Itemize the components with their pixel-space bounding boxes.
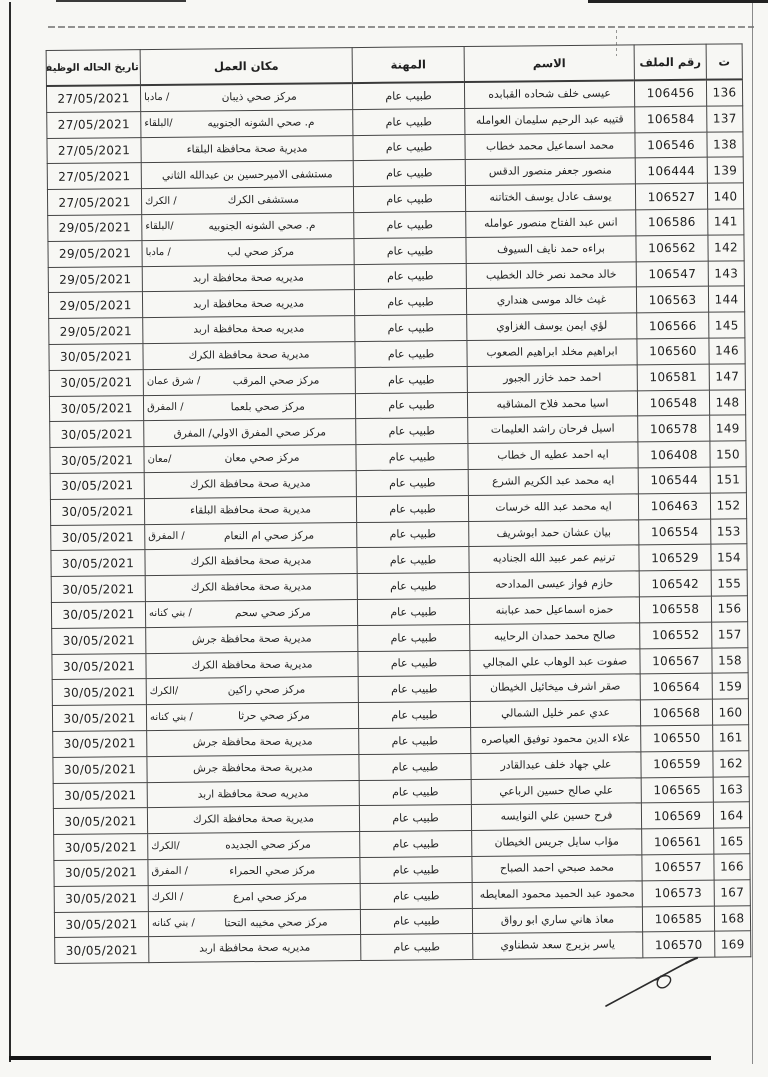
cell-workplace: مركز صحي مخيبه التحتا/ بني كنانه [148, 909, 360, 937]
cell-file-number: 106548 [637, 390, 709, 416]
workplace-name: مديرية صحة محافظة الكرك [147, 349, 352, 361]
cell-workplace: مديرية صحة محافظة جرش [147, 754, 359, 782]
cell-serial: 140 [707, 183, 743, 209]
workplace-wrapper: مركز صحي المرقب/ شرق عمان [147, 375, 352, 387]
header-serial: ت [706, 44, 742, 80]
cell-status-date: 30/05/2021 [53, 808, 147, 835]
cell-profession: طبيب عام [356, 469, 468, 496]
cell-serial: 169 [715, 931, 751, 957]
cell-file-number: 106444 [635, 158, 707, 184]
cell-serial: 163 [713, 776, 749, 802]
cell-workplace: مديرية صحة محافظة الكرك [144, 471, 356, 499]
workplace-wrapper: مركز صحي الحمراء/ المفرق [151, 865, 356, 877]
cell-serial: 156 [711, 596, 747, 622]
cell-status-date: 30/05/2021 [52, 627, 146, 654]
cell-profession: طبيب عام [359, 727, 471, 754]
cell-file-number: 106456 [634, 80, 706, 107]
cell-profession: طبيب عام [357, 521, 469, 548]
workplace-name: مديرية صحة محافظة جرش [150, 736, 355, 748]
workplace-wrapper: مركز صحي معان/معان [147, 452, 352, 464]
workplace-name: مركز صحي الجديده [180, 839, 357, 851]
cell-file-number: 106547 [636, 261, 708, 287]
cell-profession: طبيب عام [352, 82, 464, 109]
cell-name: محمود عبد الحميد محمود المعايطه [472, 881, 642, 908]
cell-file-number: 106529 [639, 545, 711, 571]
cell-profession: طبيب عام [359, 805, 471, 832]
cell-status-date: 30/05/2021 [52, 653, 146, 680]
cell-serial: 147 [709, 364, 745, 390]
workplace-name: م. صحي الشونه الجنوبيه [173, 117, 350, 129]
employee-table-sheet: ت رقم الملف الاسم المهنة مكان العمل تاري… [46, 43, 753, 964]
workplace-wrapper: مديريه صحة محافظة اربد [152, 943, 357, 955]
page-border-left [9, 2, 11, 1062]
cell-name: مؤاب سايل جريس الخيطان [472, 829, 642, 856]
cell-profession: طبيب عام [358, 624, 470, 651]
cell-name: فرح حسين علي النوايسه [471, 803, 641, 830]
workplace-wrapper: مركز صحي مخيبه التحتا/ بني كنانه [152, 917, 357, 929]
workplace-region: /البلقاء [145, 222, 173, 232]
workplace-wrapper: مركز صحي راكين/الكرك [150, 685, 355, 697]
workplace-wrapper: مركز صحي بلعما/ المفرق [147, 401, 352, 413]
workplace-name: مديرية صحة محافظة جرش [150, 762, 355, 774]
cell-name: ايه محمد عبد الكريم الشرع [468, 468, 638, 495]
workplace-wrapper: مديرية صحة محافظة الكرك [149, 659, 354, 671]
workplace-region: / مادبا [146, 248, 171, 258]
cell-file-number: 106557 [642, 854, 714, 880]
cell-serial: 162 [713, 751, 749, 777]
cell-status-date: 30/05/2021 [54, 859, 148, 886]
cell-status-date: 30/05/2021 [53, 756, 147, 783]
cell-profession: طبيب عام [354, 263, 466, 290]
workplace-wrapper: مديرية صحة محافظة الكرك [151, 814, 356, 826]
cell-name: محمد اسماعيل محمد خطاب [465, 132, 635, 159]
cell-workplace: مديرية صحة محافظة جرش [146, 625, 358, 653]
cell-status-date: 30/05/2021 [49, 395, 143, 422]
workplace-name: مركز صحي ام النعام [185, 530, 354, 542]
cell-file-number: 106408 [638, 441, 710, 467]
cell-profession: طبيب عام [355, 366, 467, 393]
cell-file-number: 106546 [635, 132, 707, 158]
workplace-wrapper: م. صحي الشونه الجنوبيه/البلقاء [144, 117, 349, 129]
cell-name: ايه محمد عبد الله خرسات [468, 494, 638, 521]
workplace-region: / الكرك [145, 196, 177, 206]
cell-profession: طبيب عام [361, 934, 473, 961]
cell-profession: طبيب عام [353, 160, 465, 187]
cell-status-date: 30/05/2021 [53, 782, 147, 809]
cell-serial: 164 [713, 802, 749, 828]
cell-name: احمد حمد خازر الجبور [467, 365, 637, 392]
cell-status-date: 27/05/2021 [47, 111, 141, 138]
cell-profession: طبيب عام [354, 289, 466, 316]
cell-name: لؤي ايمن يوسف الغزاوي [467, 313, 637, 340]
workplace-name: مركز صحي حرثا [193, 710, 355, 722]
cell-profession: طبيب عام [357, 547, 469, 574]
cell-serial: 159 [712, 673, 748, 699]
workplace-region: / المفرق [151, 867, 188, 877]
cell-name: انس عبد الفتاح منصور عوامله [466, 210, 636, 237]
workplace-name: مركز صحي سحم [192, 607, 354, 619]
cell-file-number: 106584 [635, 106, 707, 132]
cell-workplace: مركز صحي بلعما/ المفرق [143, 393, 355, 421]
cell-serial: 150 [710, 441, 746, 467]
workplace-region: / بني كنانه [150, 712, 193, 722]
cell-file-number: 106564 [640, 673, 712, 699]
cell-workplace: مركز صحي معان/معان [144, 445, 356, 473]
cell-status-date: 30/05/2021 [50, 473, 144, 500]
cell-name: خالد محمد نصر خالد الخطيب [466, 261, 636, 288]
workplace-name: مديرية صحة محافظة الكرك [149, 659, 354, 671]
cell-serial: 145 [709, 312, 745, 338]
workplace-region: / المفرق [147, 403, 184, 413]
cell-serial: 138 [707, 131, 743, 157]
cell-profession: طبيب عام [360, 908, 472, 935]
cell-serial: 165 [714, 828, 750, 854]
cell-serial: 149 [710, 415, 746, 441]
cell-status-date: 30/05/2021 [51, 524, 145, 551]
cell-status-date: 30/05/2021 [50, 498, 144, 525]
workplace-region: /الكرك [150, 686, 179, 696]
cell-name: اسيل فرحان راشد العليمات [468, 416, 638, 443]
cell-workplace: مركز صحي حرثا/ بني كنانه [146, 703, 358, 731]
cell-profession: طبيب عام [358, 676, 470, 703]
workplace-name: م. صحي الشونه الجنوبيه [174, 220, 351, 232]
cell-workplace: مديريه صحة محافظة اربد [149, 935, 361, 963]
workplace-name: مديرية صحة محافظة البلقاء [148, 504, 353, 516]
cell-serial: 143 [708, 260, 744, 286]
workplace-wrapper: مركز صحي الجديده/الكرك [151, 839, 356, 851]
cell-serial: 155 [711, 570, 747, 596]
cell-profession: طبيب عام [356, 444, 468, 471]
cell-profession: طبيب عام [353, 134, 465, 161]
cell-name: يوسف عادل يوسف الختاتنه [465, 184, 635, 211]
cell-workplace: مديرية صحة محافظة الكرك [146, 651, 358, 679]
cell-file-number: 106586 [636, 209, 708, 235]
cell-workplace: مركز صحي امرع/ الكرك [148, 883, 360, 911]
cell-status-date: 30/05/2021 [50, 421, 144, 448]
cell-status-date: 29/05/2021 [48, 266, 142, 293]
workplace-name: مديرية صحة محافظة الكرك [148, 478, 353, 490]
cell-status-date: 30/05/2021 [49, 369, 143, 396]
cell-status-date: 30/05/2021 [51, 576, 145, 603]
workplace-name: مستشفى الكرك [177, 194, 350, 206]
cell-name: براءه حمد نايف السيوف [466, 236, 636, 263]
cell-profession: طبيب عام [354, 211, 466, 238]
cell-serial: 144 [708, 286, 744, 312]
workplace-wrapper: مديريه صحة محافظة اربد [146, 298, 351, 310]
cell-workplace: مركز صحي الحمراء/ المفرق [148, 857, 360, 885]
cell-status-date: 30/05/2021 [54, 911, 148, 938]
workplace-name: مركز صحي لب [171, 246, 351, 258]
cell-profession: طبيب عام [359, 753, 471, 780]
workplace-wrapper: مستشفى الكرك/ الكرك [145, 194, 350, 206]
cell-name: قتيبه عبد الرحيم سليمان العوامله [465, 107, 635, 134]
cell-name: صقر اشرف ميخائيل الخيطان [470, 674, 640, 701]
cell-file-number: 106573 [642, 880, 714, 906]
workplace-name: مركز صحي راكين [178, 685, 355, 697]
workplace-wrapper: مديرية صحة محافظة جرش [150, 736, 355, 748]
workplace-wrapper: مركز صحي المفرق الاولي/ المفرق [147, 427, 352, 439]
cell-name: علاء الدين محمود توفيق العياصره [471, 726, 641, 753]
workplace-region: / شرق عمان [147, 377, 201, 388]
workplace-wrapper: مديريه صحة محافظة اربد [151, 788, 356, 800]
cell-file-number: 106569 [641, 802, 713, 828]
cell-file-number: 106542 [639, 570, 711, 596]
cell-workplace: مديرية صحة محافظة الكرك [145, 548, 357, 576]
cell-status-date: 30/05/2021 [52, 705, 146, 732]
cell-status-date: 30/05/2021 [54, 834, 148, 861]
workplace-wrapper: مديرية صحة محافظة جرش [149, 633, 354, 645]
cell-profession: طبيب عام [355, 315, 467, 342]
cell-file-number: 106544 [638, 467, 710, 493]
workplace-name: مركز صحي المفرق الاولي/ المفرق [147, 427, 352, 439]
workplace-name: مديريه صحة محافظة اربد [146, 272, 351, 284]
signature-scribble-icon [592, 952, 702, 1014]
cell-serial: 137 [707, 106, 743, 132]
cell-serial: 168 [714, 905, 750, 931]
cell-workplace: مديرية صحة محافظة جرش [147, 728, 359, 756]
cell-workplace: مديريه صحة محافظة اربد [147, 780, 359, 808]
cell-serial: 151 [710, 467, 746, 493]
cell-workplace: مستشفى الاميرحسين بن عبدالله الثاني [141, 161, 353, 189]
employee-table: ت رقم الملف الاسم المهنة مكان العمل تاري… [46, 43, 752, 964]
cell-serial: 142 [708, 235, 744, 261]
workplace-wrapper: مديرية صحة محافظة البلقاء [148, 504, 353, 516]
workplace-name: مديرية صحة محافظة الكرك [148, 556, 353, 568]
cell-serial: 167 [714, 879, 750, 905]
workplace-name: مديرية صحة محافظة البلقاء [145, 143, 350, 155]
cell-file-number: 106581 [637, 364, 709, 390]
cell-file-number: 106565 [641, 777, 713, 803]
cell-status-date: 30/05/2021 [49, 344, 143, 371]
cell-workplace: مديريه صحة محافظة اربد [142, 290, 354, 318]
workplace-name: مديرية صحة محافظة جرش [149, 633, 354, 645]
workplace-wrapper: مديرية صحة محافظة الكرك [149, 581, 354, 593]
scanned-document-page: { "icons": {"signature": "signature-scri… [0, 0, 768, 1077]
cell-status-date: 30/05/2021 [54, 885, 148, 912]
cell-name: غيث خالد موسى هنداري [466, 287, 636, 314]
workplace-wrapper: مركز صحي امرع/ الكرك [152, 891, 357, 903]
workplace-wrapper: مديريه صحة محافظة اربد [146, 323, 351, 335]
header-profession: المهنة [352, 47, 464, 84]
workplace-region: /الكرك [151, 841, 180, 851]
workplace-name: مركز صحي ذيبان [169, 91, 349, 103]
cell-file-number: 106567 [640, 648, 712, 674]
workplace-region: / الكرك [152, 893, 184, 903]
table-body: 136106456عيسى خلف شحاده القبابدهطبيب عام… [46, 79, 750, 963]
cell-file-number: 106568 [640, 699, 712, 725]
header-file-number: رقم الملف [634, 44, 706, 80]
header-status-date: تاريخ الحاله الوظيفيه [46, 50, 140, 86]
cell-workplace: مديرية صحة محافظة الكرك [143, 342, 355, 370]
cell-serial: 158 [712, 647, 748, 673]
workplace-name: مديريه صحة محافظة اربد [146, 323, 351, 335]
workplace-name: مديرية صحة محافظة الكرك [151, 814, 356, 826]
cell-workplace: مركز صحي المفرق الاولي/ المفرق [144, 419, 356, 447]
workplace-name: مركز صحي بلعما [184, 401, 353, 413]
cell-workplace: مركز صحي الجديده/الكرك [148, 832, 360, 860]
cell-profession: طبيب عام [356, 495, 468, 522]
cell-profession: طبيب عام [360, 831, 472, 858]
cell-name: صالح محمد حمدان الرحايبه [470, 623, 640, 650]
cell-name: صفوت عبد الوهاب علي المجالي [470, 648, 640, 675]
workplace-region: / المفرق [148, 532, 185, 542]
cell-profession: طبيب عام [360, 856, 472, 883]
workplace-wrapper: مديرية صحة محافظة الكرك [148, 478, 353, 490]
cell-file-number: 106527 [635, 183, 707, 209]
cell-serial: 160 [712, 699, 748, 725]
workplace-wrapper: مركز صحي سحم/ بني كنانه [149, 607, 354, 619]
cell-name: معاذ هاني ساري ابو رواق [472, 906, 642, 933]
page-border-right [752, 0, 753, 1064]
workplace-region: / مادبا [144, 93, 169, 103]
workplace-region: /معان [148, 454, 172, 464]
cell-status-date: 29/05/2021 [48, 292, 142, 319]
workplace-region: / بني كنانه [149, 609, 192, 619]
cell-profession: طبيب عام [360, 882, 472, 909]
header-workplace: مكان العمل [140, 48, 352, 86]
cell-profession: طبيب عام [353, 186, 465, 213]
cell-serial: 136 [706, 79, 742, 106]
cell-serial: 148 [709, 389, 745, 415]
workplace-name: مديريه صحة محافظة اربد [151, 788, 356, 800]
cell-workplace: مديريه صحة محافظة اربد [142, 264, 354, 292]
workplace-wrapper: مستشفى الاميرحسين بن عبدالله الثاني [145, 169, 350, 181]
cell-file-number: 106559 [641, 751, 713, 777]
cell-workplace: مديرية صحة محافظة الكرك [145, 574, 357, 602]
page-border-bottom [9, 1056, 711, 1060]
cell-name: علي صالح حسين الرباعي [471, 777, 641, 804]
cell-serial: 161 [713, 725, 749, 751]
cell-file-number: 106560 [637, 338, 709, 364]
cell-workplace: مركز صحي راكين/الكرك [146, 677, 358, 705]
cell-profession: طبيب عام [358, 702, 470, 729]
cell-serial: 157 [712, 622, 748, 648]
cell-workplace: مديرية صحة محافظة الكرك [147, 806, 359, 834]
cell-status-date: 30/05/2021 [55, 937, 149, 964]
page-border-top-left-segment [56, 0, 186, 2]
cell-serial: 154 [711, 544, 747, 570]
cell-workplace: مركز صحي ذيبان/ مادبا [140, 83, 352, 111]
workplace-name: مركز صحي الحمراء [188, 865, 357, 877]
cell-status-date: 27/05/2021 [47, 137, 141, 164]
workplace-name: مركز صحي معان [171, 452, 352, 464]
cell-workplace: مركز صحي ام النعام/ المفرق [145, 522, 357, 550]
workplace-name: مديريه صحة محافظة اربد [146, 298, 351, 310]
cell-name: بيان عشان حمد ابوشريف [469, 519, 639, 546]
cell-status-date: 27/05/2021 [46, 85, 140, 112]
cell-status-date: 27/05/2021 [47, 163, 141, 190]
cell-name: ترنيم عمر عبيد الله الجناديه [469, 545, 639, 572]
cell-file-number: 106562 [636, 235, 708, 261]
cell-serial: 166 [714, 854, 750, 880]
workplace-wrapper: مديرية صحة محافظة جرش [150, 762, 355, 774]
workplace-wrapper: مديرية صحة محافظة الكرك [147, 349, 352, 361]
cell-status-date: 29/05/2021 [48, 215, 142, 242]
scan-smudge-line [48, 26, 754, 28]
cell-status-date: 27/05/2021 [47, 189, 141, 216]
cell-name: ايه احمد عطيه ال خطاب [468, 442, 638, 469]
cell-name: ابراهيم مخلد ابراهيم الصعوب [467, 339, 637, 366]
cell-workplace: مركز صحي سحم/ بني كنانه [145, 599, 357, 627]
cell-file-number: 106578 [638, 416, 710, 442]
cell-serial: 141 [708, 209, 744, 235]
workplace-wrapper: مركز صحي ام النعام/ المفرق [148, 530, 353, 542]
cell-profession: طبيب عام [353, 108, 465, 135]
cell-name: حازم فواز عيسى المدادحه [469, 571, 639, 598]
cell-file-number: 106552 [640, 622, 712, 648]
header-name: الاسم [464, 45, 634, 82]
cell-status-date: 29/05/2021 [49, 318, 143, 345]
workplace-region: /البلقاء [144, 119, 172, 129]
cell-profession: طبيب عام [359, 779, 471, 806]
workplace-wrapper: مديرية صحة محافظة الكرك [148, 556, 353, 568]
cell-file-number: 106585 [642, 906, 714, 932]
cell-file-number: 106550 [641, 725, 713, 751]
cell-status-date: 30/05/2021 [50, 447, 144, 474]
workplace-name: مركز صحي مخيبه التحتا [195, 917, 357, 929]
workplace-name: مديرية صحة محافظة الكرك [149, 581, 354, 593]
cell-name: علي جهاد خلف عبدالقادر [471, 752, 641, 779]
cell-workplace: م. صحي الشونه الجنوبيه/البلقاء [142, 213, 354, 241]
workplace-wrapper: مديرية صحة محافظة البلقاء [145, 143, 350, 155]
cell-name: عيسى خلف شحاده القبابده [464, 80, 634, 108]
cell-name: محمد صبحي احمد الصباح [472, 855, 642, 882]
cell-status-date: 30/05/2021 [53, 731, 147, 758]
workplace-name: مستشفى الاميرحسين بن عبدالله الثاني [145, 169, 350, 181]
cell-serial: 146 [709, 338, 745, 364]
workplace-name: مركز صحي المرقب [200, 375, 352, 387]
cell-profession: طبيب عام [357, 598, 469, 625]
workplace-name: مديريه صحة محافظة اربد [152, 943, 357, 955]
cell-file-number: 106558 [639, 596, 711, 622]
cell-file-number: 106566 [637, 312, 709, 338]
cell-name: منصور جعفر منصور الدقس [465, 158, 635, 185]
cell-serial: 152 [710, 493, 746, 519]
cell-file-number: 106463 [638, 493, 710, 519]
cell-status-date: 29/05/2021 [48, 240, 142, 267]
cell-profession: طبيب عام [357, 573, 469, 600]
workplace-wrapper: مديريه صحة محافظة اربد [146, 272, 351, 284]
cell-file-number: 106561 [642, 828, 714, 854]
cell-workplace: مركز صحي لب/ مادبا [142, 238, 354, 266]
cell-workplace: مديرية صحة محافظة البلقاء [144, 496, 356, 524]
cell-profession: طبيب عام [354, 237, 466, 264]
cell-profession: طبيب عام [356, 418, 468, 445]
cell-serial: 153 [711, 518, 747, 544]
cell-profession: طبيب عام [355, 392, 467, 419]
cell-name: اسيا محمد فلاح المشاقبه [467, 390, 637, 417]
cell-workplace: مركز صحي المرقب/ شرق عمان [143, 367, 355, 395]
cell-status-date: 30/05/2021 [51, 602, 145, 629]
cell-file-number: 106554 [639, 519, 711, 545]
cell-serial: 139 [707, 157, 743, 183]
cell-workplace: م. صحي الشونه الجنوبيه/البلقاء [141, 109, 353, 137]
workplace-name: مركز صحي امرع [183, 891, 356, 903]
workplace-wrapper: مركز صحي لب/ مادبا [146, 246, 351, 258]
cell-workplace: مديرية صحة محافظة البلقاء [141, 135, 353, 163]
workplace-wrapper: مركز صحي حرثا/ بني كنانه [150, 710, 355, 722]
cell-name: عدي عمر خليل الشمالي [470, 700, 640, 727]
workplace-wrapper: مركز صحي ذيبان/ مادبا [144, 91, 349, 103]
cell-file-number: 106563 [636, 287, 708, 313]
workplace-wrapper: م. صحي الشونه الجنوبيه/البلقاء [145, 220, 350, 232]
cell-profession: طبيب عام [358, 650, 470, 677]
cell-status-date: 30/05/2021 [51, 550, 145, 577]
page-border-top-right-segment [588, 0, 768, 3]
cell-workplace: مديريه صحة محافظة اربد [143, 316, 355, 344]
cell-status-date: 30/05/2021 [52, 679, 146, 706]
cell-workplace: مستشفى الكرك/ الكرك [141, 187, 353, 215]
